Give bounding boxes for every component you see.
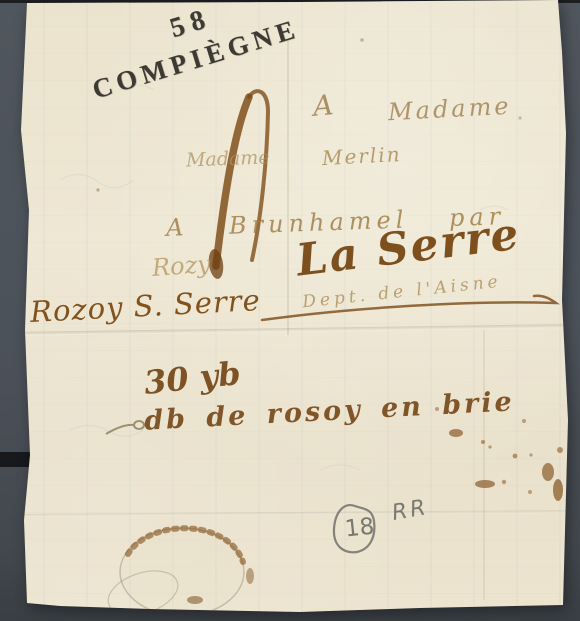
photo-letter-cover: 58 COMPIÈGNE A Madame Madame Merlin A Br… [0, 0, 580, 621]
address-line4-crossed-town: Rozy [151, 252, 211, 280]
seal-residue [103, 528, 254, 621]
address-line2-title: Madame [186, 149, 270, 171]
fold-crease-vertical [483, 330, 485, 600]
fold-crease-horizontal [0, 510, 580, 517]
postmark-58-compiegne: 58 COMPIÈGNE [78, 0, 303, 106]
rate-mark-6 [207, 91, 268, 280]
address-line6-rozoy-s-serre: Rozoy S. Serre [29, 286, 261, 327]
fold-crease-vertical [287, 40, 289, 335]
pencil-rarity-note: RR [390, 497, 430, 525]
arrow-d-mark [106, 421, 144, 434]
address-line1-madame: Madame [387, 94, 512, 124]
letter-paper: 58 COMPIÈGNE A Madame Madame Merlin A Br… [0, 0, 580, 621]
address-line1-prefix: A [312, 91, 335, 121]
address-line2-name: Merlin [322, 144, 403, 168]
paper-shadow: 58 COMPIÈGNE A Madame Madame Merlin A Br… [0, 0, 580, 621]
pencil-circled-number: 18 [344, 516, 376, 542]
debourse-line1: 30 yb [143, 357, 242, 399]
